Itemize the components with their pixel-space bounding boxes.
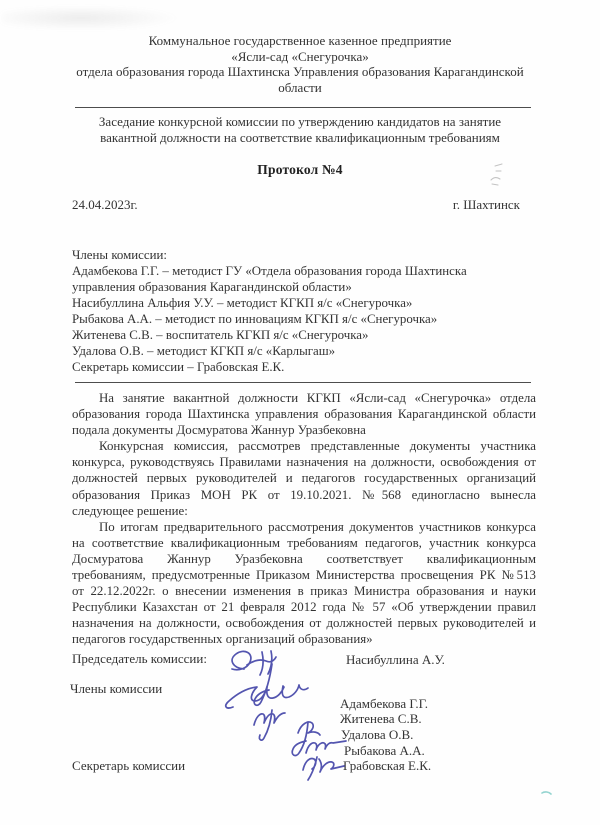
paragraph-line: от 22.12.2022г. о внесении изменения в п… [72, 583, 536, 599]
member-item: Насибуллина Альфия У.У. – методист КГКП … [72, 295, 530, 311]
paragraph-line: следующее решение: [72, 503, 536, 519]
paragraph-line: Республики Казахстан от 21 февраля 2012 … [72, 599, 536, 615]
org-name-line: отдела образования города Шахтинска Упра… [0, 64, 600, 80]
paragraph-line: образования Приказ МОН РК от 19.10.2021.… [72, 487, 536, 503]
org-name-line: «Ясли-сад «Снегурочка» [0, 49, 600, 65]
member-signature-3 [298, 722, 320, 735]
body-paragraphs: На занятие вакантной должности КГКП «Ясл… [0, 390, 600, 648]
teal-mark-icon [542, 792, 551, 794]
protocol-title: Протокол №4 [0, 162, 600, 178]
chair-signature [254, 651, 272, 705]
paragraph-line: образования города Шахтинска управления … [72, 406, 536, 422]
paragraph-line: Досмуратова Жаннур Уразбековна соответст… [72, 551, 536, 567]
paragraph-line: педагогов государственных организаций об… [72, 631, 536, 647]
commission-members-list: Члены комиссии: Адамбекова Г.Г. – методи… [0, 247, 600, 375]
member-name: Грабовская Е.К. [343, 758, 431, 773]
teal-marks [542, 792, 551, 794]
org-name-line: Коммунальное государственное казенное пр… [0, 33, 600, 49]
member-item: Секретарь комиссии – Грабовская Е.К. [72, 359, 530, 375]
member-signature-1 [226, 685, 308, 708]
secretary-label: Секретарь комиссии [72, 758, 185, 773]
paragraph-line: должностей первых руководителей и педаго… [72, 470, 536, 486]
paragraph-line: По итогам предварительного рассмотрения … [72, 519, 536, 535]
ink-signatures [226, 651, 346, 780]
members-label: Члены комиссии [70, 681, 162, 696]
member-name: Адамбекова Г.Г. [340, 696, 428, 711]
meeting-subtitle-line: вакантной должности на соответствие квал… [0, 130, 600, 146]
member-name: Рыбакова А.А. [344, 743, 425, 758]
member-item: Рыбакова А.А. – методист по инновациям К… [72, 311, 530, 327]
member-signature-3 [292, 722, 308, 756]
member-signature-4 [306, 741, 346, 753]
secretary-signature [303, 757, 344, 780]
paragraph-line: на соответствие квалификационным требова… [72, 535, 536, 551]
paragraph-line: конкурса, руководствуясь Правилами назна… [72, 454, 536, 470]
members-heading: Члены комиссии: [72, 247, 530, 263]
paragraph-line: Конкурсная комиссия, рассмотрев представ… [72, 438, 536, 454]
date-city-row: 24.04.2023г. г. Шахтинск [0, 197, 600, 213]
member-item: Удалова О.В. – методист КГКП я/с «Карлыг… [72, 343, 530, 359]
meeting-subtitle: Заседание конкурсной комиссии по утвержд… [0, 114, 600, 145]
paragraph-line: подала документы Досмуратова Жаннур Ураз… [72, 422, 536, 438]
org-name-line: области [0, 80, 600, 96]
paragraph-line: требованиям, предусмотренные Приказом Ми… [72, 567, 536, 583]
paragraph-line: На занятие вакантной должности КГКП «Ясл… [72, 390, 536, 406]
divider-line-top [75, 107, 531, 108]
chair-name: Насибуллина А.У. [346, 652, 445, 667]
divider-line-middle [75, 382, 531, 383]
scanned-protocol-page: Коммунальное государственное казенное пр… [0, 0, 600, 825]
chair-signature [232, 651, 276, 669]
member-item: Житенева С.В. – воспитатель КГКП я/с «Сн… [72, 327, 530, 343]
org-header: Коммунальное государственное казенное пр… [0, 0, 600, 95]
city-label: г. Шахтинск [453, 197, 520, 213]
pencil-mark-icon [491, 178, 500, 185]
chair-label: Председатель комиссии: [72, 651, 207, 666]
member-item: Адамбекова Г.Г. – методист ГУ «Отдела об… [72, 263, 530, 295]
member-signature-2 [254, 713, 285, 725]
date-label: 24.04.2023г. [72, 197, 138, 213]
member-signature-2 [259, 710, 272, 740]
paragraph-line: назначения на должности, освобождения от… [72, 615, 536, 631]
member-name: Житенева С.В. [340, 711, 422, 726]
member-name: Удалова О.В. [341, 727, 413, 742]
meeting-subtitle-line: Заседание конкурсной комиссии по утвержд… [0, 114, 600, 130]
